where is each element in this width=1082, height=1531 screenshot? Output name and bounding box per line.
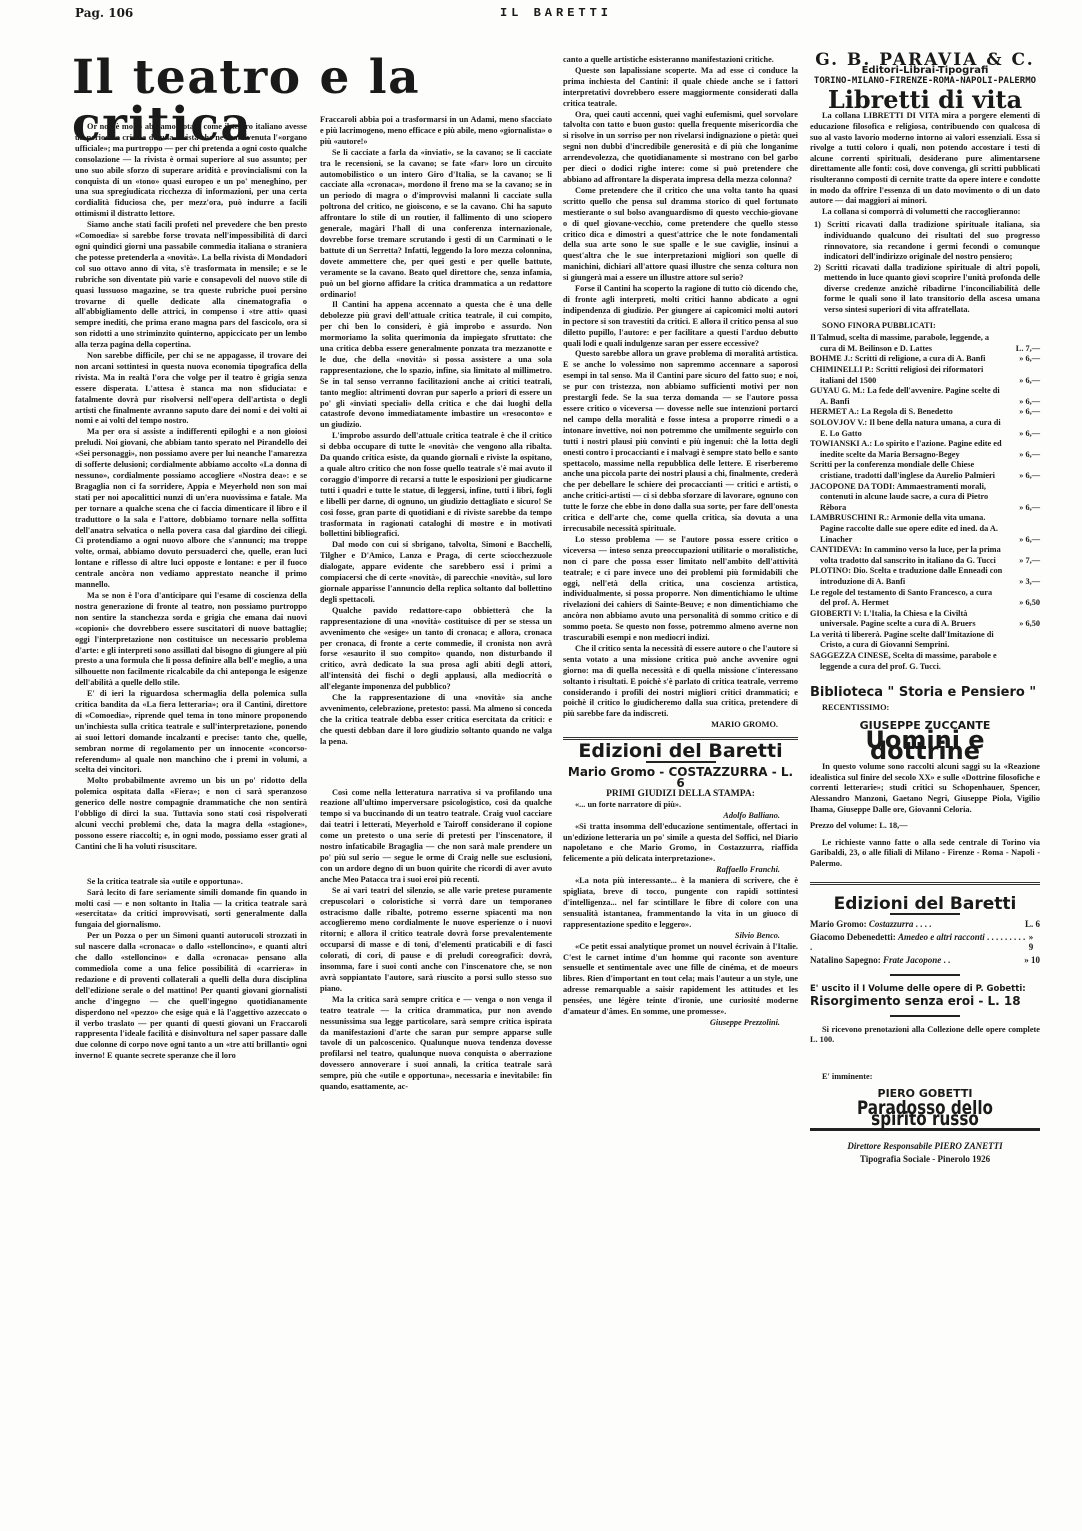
paragraph: Non sarebbe difficile, per chi se ne app… [75,351,307,427]
series-point: 2) Scritti ricavati dalla tradizione spi… [810,263,1040,316]
section-gap [320,748,552,788]
paragraph: Dal modo con cui si sbrigano, talvolta, … [320,540,552,605]
paragraph: Se li cacciate a farla da «inviati», se … [320,148,552,301]
section-gap [75,853,307,877]
book-entry: CANTIDEVA: In cammino verso la luce, per… [810,545,1040,566]
quote: «Ce petit essai analytique promet un nou… [563,942,798,1018]
edizioni-box: Edizioni del Baretti Mario Gromo - COSTA… [563,746,798,1029]
book-entry: Il Talmud, scelta di massime, parabole, … [810,333,1040,354]
series-intro-2: La collana si comporrà di volumetti che … [810,207,1040,218]
biblioteca-heading: Biblioteca " Storia e Pensiero " [810,688,1040,699]
paragraph: Per un Pozza o per un Simoni quanti auto… [75,931,307,1062]
gobetti-announcement: E' uscito il I Volume delle opere di P. … [810,984,1040,995]
book-line: Mario Gromo - COSTAZZURRA - L. 6 [563,767,798,789]
book-entry: LAMBRUSCHINI R.: Armonie della vita uman… [810,513,1040,545]
paragraph: Ora, quei cauti accenni, quei vaghi eufe… [563,110,798,186]
book-entry: PLOTINO: Dio. Scelta e traduzione dalle … [810,566,1040,587]
published-heading: SONO FINORA PUBBLICATI: [810,321,1040,332]
quote-source: Adolfo Balliano. [563,811,798,822]
divider [890,1015,960,1017]
publisher-name: G. B. PARAVIA & C. [810,55,1040,66]
paragraph: L'improbo assurdo dell'attuale critica t… [320,431,552,540]
quote: «La nota più interessante... è la manier… [563,876,798,931]
prenotazioni: Si ricevono prenotazioni alla Collezione… [810,1025,1040,1046]
paragraph: Or non è molto abbiamo notato come il te… [75,122,307,220]
printer-credit: Tipografia Sociale - Pinerolo 1926 [810,1154,1040,1165]
paragraph: Come pretendere che il critico che una v… [563,186,798,284]
paragraph: Fraccaroli abbia poi a trasformarsi in u… [320,115,552,148]
paragraph: Molto probabilmente avremo un bis un po'… [75,776,307,852]
book-entry: GUYAU G. M.: La fede dell'avvenire. Pagi… [810,386,1040,407]
gobetti-book: Risorgimento senza eroi - L. 18 [810,996,1040,1007]
edizioni-title: Edizioni del Baretti [810,899,1040,910]
book-description: In questo volume sono raccolti alcuni sa… [810,762,1040,815]
paragraph: Questo sarebbe allora un grave problema … [563,349,798,534]
divider [890,974,960,976]
book-entry: La verità ti libererà. Pagine scelte dal… [810,630,1040,651]
article-column-2: Fraccaroli abbia poi a trasformarsi in u… [320,115,552,1093]
masthead: IL BARETTI [500,6,612,20]
book-title: Uomini e dottrine [810,735,1040,756]
author-signature: MARIO GROMO. [563,720,798,731]
paragraph: Lo stesso problema — se l'autore possa e… [563,535,798,644]
paragraph: Sarà lecito di fare seriamente simili do… [75,888,307,932]
book-entry: SAGGEZZA CINESE, Scelta di massime, para… [810,651,1040,672]
quote-source: Giuseppe Prezzolini. [563,1018,798,1029]
recentissimo-label: RECENTISSIMO: [810,703,1040,714]
paragraph: canto a quelle artistiche esisteranno ma… [563,55,798,66]
page-number: Pag. 106 [75,6,133,20]
book-entry: Scritti per la conferenza mondiale delle… [810,460,1040,481]
paragraph: Forse il Cantini ha scoperto la ragione … [563,284,798,349]
article-column-3: canto a quelle artistiche esisteranno ma… [563,55,798,1029]
series-intro: La collana LIBRETTI DI VITA mira a porge… [810,111,1040,206]
paragraph: Che il critico senta la necessità di ess… [563,644,798,720]
imminente-label: E' imminente: [810,1072,1040,1083]
advertisement-column: G. B. PARAVIA & C. Editori-Librai-Tipogr… [810,55,1040,1164]
book-entry: TOWIANSKI A.: Lo spirito e l'azione. Pag… [810,439,1040,460]
book-entry: Le regole del testamento di Santo France… [810,588,1040,609]
paragraph: Che la rappresentazione di una «novità» … [320,693,552,748]
paragraph: Queste son lapalissiane scoperte. Ma ad … [563,66,798,110]
paragraph: Se ai vari teatri del silenzio, se alle … [320,886,552,995]
editor-credit: Direttore Responsabile PIERO ZANETTI [810,1141,1040,1152]
gobetti-title: Paradosso dello spirito russo [833,1103,1017,1124]
paragraph: Siamo anche stati facili profeti nel pre… [75,220,307,351]
divider [810,882,1040,885]
quote-source: Silvio Benco. [563,931,798,942]
paragraph: E' di ieri la riguardosa schermaglia del… [75,689,307,776]
paragraph: Qualche pavido redattore-capo obbietterà… [320,606,552,693]
edizioni-entry: Giacomo Debenedetti: Amedeo e altri racc… [810,932,1040,953]
order-info: Le richieste vanno fatte o alla sede cen… [810,838,1040,870]
paragraph: Ma la critica sarà sempre critica e — ve… [320,995,552,1093]
book-entry: HERMET A.: La Regola di S. Benedetto» 6,… [810,407,1040,418]
quote: «... un forte narratore di più». [563,800,798,811]
edizioni-title: Edizioni del Baretti [563,746,798,757]
book-entry: BOHME J.: Scritti di religione, a cura d… [810,354,1040,365]
book-price: Prezzo del volume: L. 18,— [810,821,1040,832]
edizioni-entry: Natalino Sapegno: Frate Jacopone . .» 10 [810,955,1040,966]
quote: «Si tratta insomma dell'educazione senti… [563,822,798,866]
book-entry: GIOBERTI V: L'Italia, la Chiesa e la Civ… [810,609,1040,630]
quote-source: Raffaello Franchi. [563,865,798,876]
section-lead: Se la critica teatrale sia «utile e oppo… [75,877,307,888]
article-column-1: Or non è molto abbiamo notato come il te… [75,122,307,1062]
paragraph: Ma se non è l'ora d'anticipare qui l'esa… [75,591,307,689]
series-title: Libretti di vita [810,95,1040,106]
book-entry: JACOPONE DA TODI: Ammaestramenti morali,… [810,482,1040,514]
paragraph: Il Cantini ha appena accennato a questa … [320,300,552,431]
paragraph: Così come nella letteratura narrativa si… [320,788,552,886]
edizioni-entry: Mario Gromo: Costazzurra . . . .L. 6 [810,919,1040,930]
book-entry: SOLOVJOV V.: Il bene della natura umana,… [810,418,1040,439]
paragraph: Ma per ora si assiste a indifferenti epi… [75,427,307,591]
press-heading: PRIMI GIUDIZI DELLA STAMPA: [563,789,798,800]
series-point: 1) Scritti ricavati dalla tradizione spi… [810,220,1040,262]
book-entry: CHIMINELLI P.: Scritti religiosi dei rif… [810,365,1040,386]
